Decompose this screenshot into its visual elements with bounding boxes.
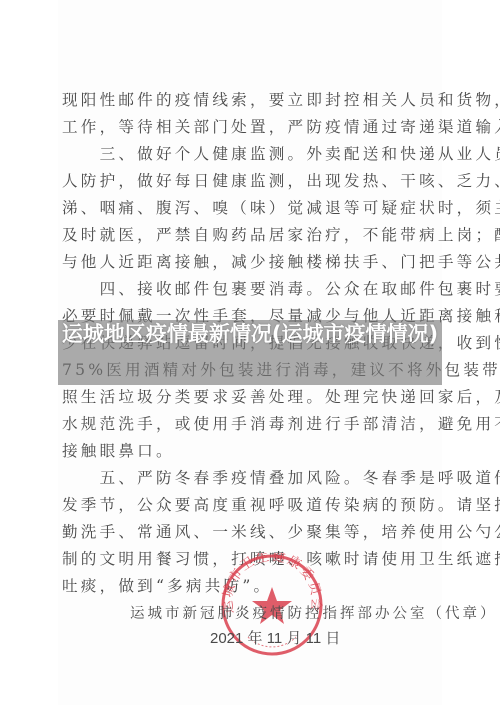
issuer-signature: 运城市新冠肺炎疫情防控指挥部办公室（代章） <box>130 602 498 623</box>
paragraph-line: 勤洗手、常通风、一米线、少聚集等，培养使用公勺公筷和分餐 <box>62 522 446 542</box>
paragraph-line: 发季节，公众要高度重视呼吸道传染病的预防。请坚持戴口罩、 <box>62 495 446 515</box>
paragraph-line: 工作，等待相关部门处置，严防疫情通过寄递渠道输入我市。 <box>62 117 446 137</box>
paragraph-line: 五、严防冬春季疫情叠加风险。冬春季是呼吸道传染病的高 <box>62 468 446 488</box>
paragraph-line: 三、做好个人健康监测。外卖配送和快递从业人员要加强个 <box>62 144 446 164</box>
paragraph-line: 及时就医，严禁自购药品居家治疗，不能带病上岗；配送时避免 <box>62 225 446 245</box>
paragraph-line: 与他人近距离接触，减少接触楼梯扶手、门把手等公共设施。 <box>62 252 446 272</box>
paragraph-line: 涕、咽痛、腹泻、嗅（味）觉减退等可疑症状时，须主动报告、 <box>62 198 446 218</box>
paragraph-line: 接触眼鼻口。 <box>62 441 446 461</box>
overlay-title: 运城地区疫情最新情况(运城市疫情情况) <box>58 322 442 347</box>
issue-date: 2021 年 11 月 11 日 <box>210 627 340 648</box>
paragraph-line: 水规范洗手，或使用手消毒剂进行手部清洁，避免用不干净的手 <box>62 414 446 434</box>
paragraph-line: 人防护，做好每日健康监测，出现发热、干咳、乏力、鼻塞、流 <box>62 171 446 191</box>
paragraph-line: 四、接收邮件包裹要消毒。公众在取邮件包裹时要戴好口罩， <box>62 279 446 299</box>
paragraph-line: 照生活垃圾分类要求妥善处理。处理完快递回家后，及时用流动 <box>62 387 446 407</box>
paragraph-line: 现阳性邮件的疫情线索，要立即封控相关人员和货物，暂停经营 <box>62 90 446 110</box>
